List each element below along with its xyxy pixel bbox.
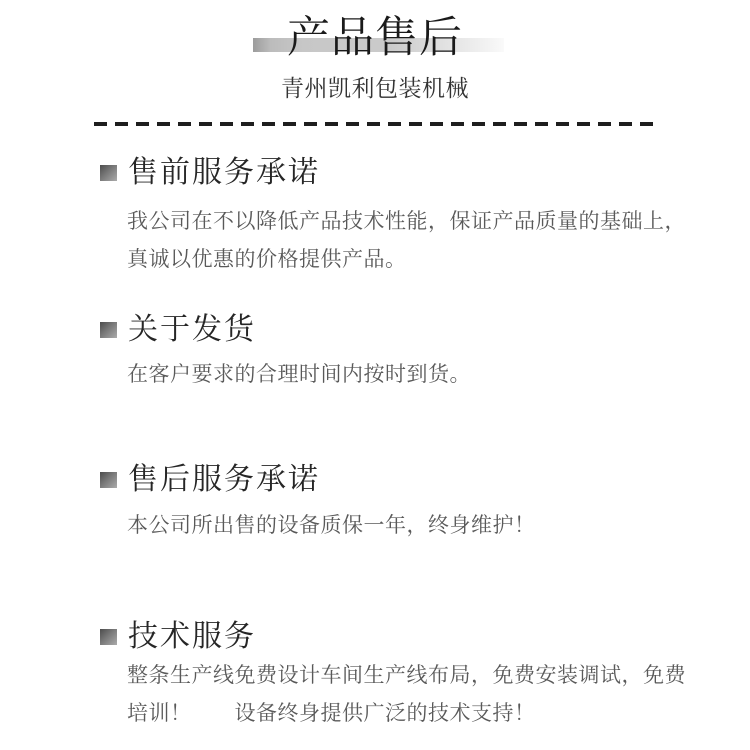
square-bullet-icon — [100, 629, 117, 645]
section-shipping-body: 在客户要求的合理时间内按时到货。 — [127, 356, 687, 394]
section-presale-body: 我公司在不以降低产品技术性能，保证产品质量的基础上， 真诚以优惠的价格提供产品。 — [127, 203, 687, 279]
square-bullet-icon — [100, 165, 117, 181]
dashed-divider — [94, 122, 658, 126]
page-header: 产品售后 — [0, 0, 750, 66]
section-heading-label: 技术服务 — [128, 620, 256, 654]
square-bullet-icon — [100, 322, 117, 338]
section-tech-heading: 技术服务 — [100, 620, 256, 654]
section-heading-label: 关于发货 — [128, 313, 256, 347]
section-presale-heading: 售前服务承诺 — [100, 156, 320, 190]
section-heading-label: 售前服务承诺 — [128, 156, 320, 190]
section-aftersale-heading: 售后服务承诺 — [100, 463, 320, 497]
section-tech-body: 整条生产线免费设计车间生产线布局，免费安装调试，免费 培训！ 设备终身提供广泛的… — [127, 657, 687, 733]
section-shipping-heading: 关于发货 — [100, 313, 256, 347]
section-aftersale-body: 本公司所出售的设备质保一年，终身维护！ — [127, 507, 687, 545]
page-subtitle: 青州凯利包装机械 — [0, 73, 750, 103]
page-title: 产品售后 — [0, 14, 750, 62]
after-sales-page: 产品售后 青州凯利包装机械 售前服务承诺 我公司在不以降低产品技术性能，保证产品… — [0, 0, 750, 750]
square-bullet-icon — [100, 472, 117, 488]
section-heading-label: 售后服务承诺 — [128, 463, 320, 497]
